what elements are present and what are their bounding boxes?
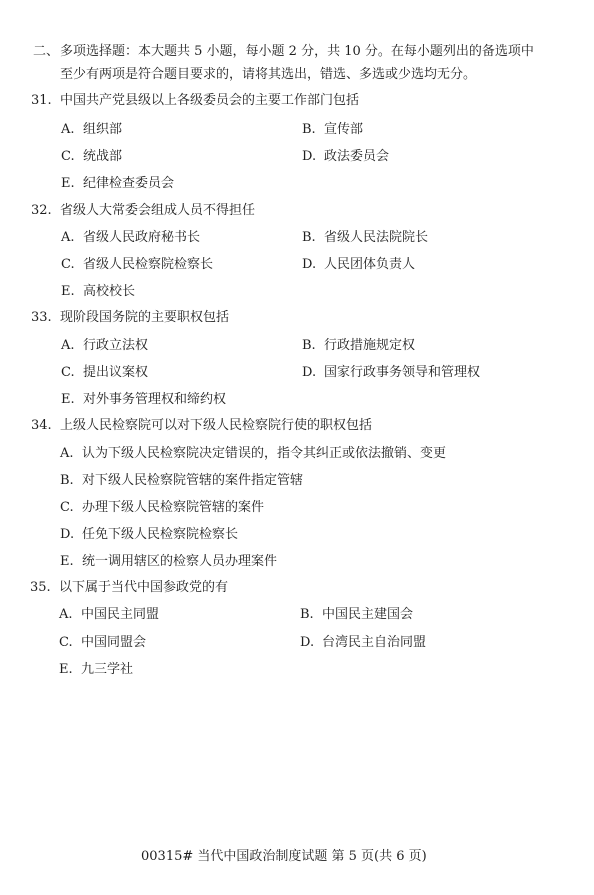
question-number: 34. (31, 418, 60, 434)
option-a: A.省级人民政府秘书长 (61, 230, 200, 246)
question-stem: 上级人民检察院可以对下级人民检察院行使的职权包括 (60, 418, 372, 433)
option-c: C.提出议案权 (61, 365, 148, 381)
option-c: C.办理下级人民检察院管辖的案件 (60, 500, 264, 516)
question-number: 33. (31, 310, 60, 326)
question-stem: 以下属于当代中国参政党的有 (59, 580, 228, 595)
option-c: C.中国同盟会 (59, 635, 146, 651)
section-heading-line2: 至少有两项是符合题目要求的，请将其选出，错选、多选或少选均无分。 (60, 67, 476, 83)
question-stem: 现阶段国务院的主要职权包括 (60, 310, 229, 325)
option-a: A.组织部 (61, 122, 122, 138)
option-d: D.任免下级人民检察院检察长 (60, 527, 238, 543)
option-b: B.行政措施规定权 (302, 338, 415, 354)
option-d: D.国家行政事务领导和管理权 (302, 365, 480, 381)
option-b: B.省级人民法院院长 (302, 230, 428, 246)
option-b: B.宣传部 (302, 122, 363, 138)
option-a: A.认为下级人民检察院决定错误的，指令其纠正或依法撤销、变更 (60, 446, 446, 462)
question-number: 32. (31, 203, 60, 219)
option-e: E.统一调用辖区的检察人员办理案件 (60, 554, 277, 570)
question-number: 35. (30, 580, 59, 596)
option-d: D.人民团体负责人 (302, 257, 415, 273)
section-heading-line1: 多项选择题：本大题共 5 小题，每小题 2 分，共 10 分。在每小题列出的备选… (60, 44, 534, 60)
option-e: E.九三学社 (59, 662, 133, 678)
option-e: E.纪律检查委员会 (61, 176, 174, 192)
option-e: E.高校校长 (61, 284, 135, 300)
question-stem: 省级人大常委会组成人员不得担任 (60, 203, 255, 218)
option-a: A.行政立法权 (61, 338, 148, 354)
page-footer: 00315# 当代中国政治制度试题 第 5 页(共 6 页) (141, 849, 427, 865)
option-d: D.政法委员会 (302, 149, 389, 165)
option-a: A.中国民主同盟 (59, 607, 159, 623)
option-b: B.对下级人民检察院管辖的案件指定管辖 (60, 473, 303, 489)
question-number: 31. (31, 93, 60, 109)
option-c: C.省级人民检察院检察长 (61, 257, 213, 273)
question-stem: 中国共产党县级以上各级委员会的主要工作部门包括 (60, 93, 359, 108)
section-heading-prefix: 二、 (33, 44, 59, 60)
option-c: C.统战部 (61, 149, 122, 165)
option-e: E.对外事务管理权和缔约权 (61, 392, 226, 408)
option-b: B.中国民主建国会 (300, 607, 413, 623)
option-d: D.台湾民主自治同盟 (300, 635, 426, 651)
